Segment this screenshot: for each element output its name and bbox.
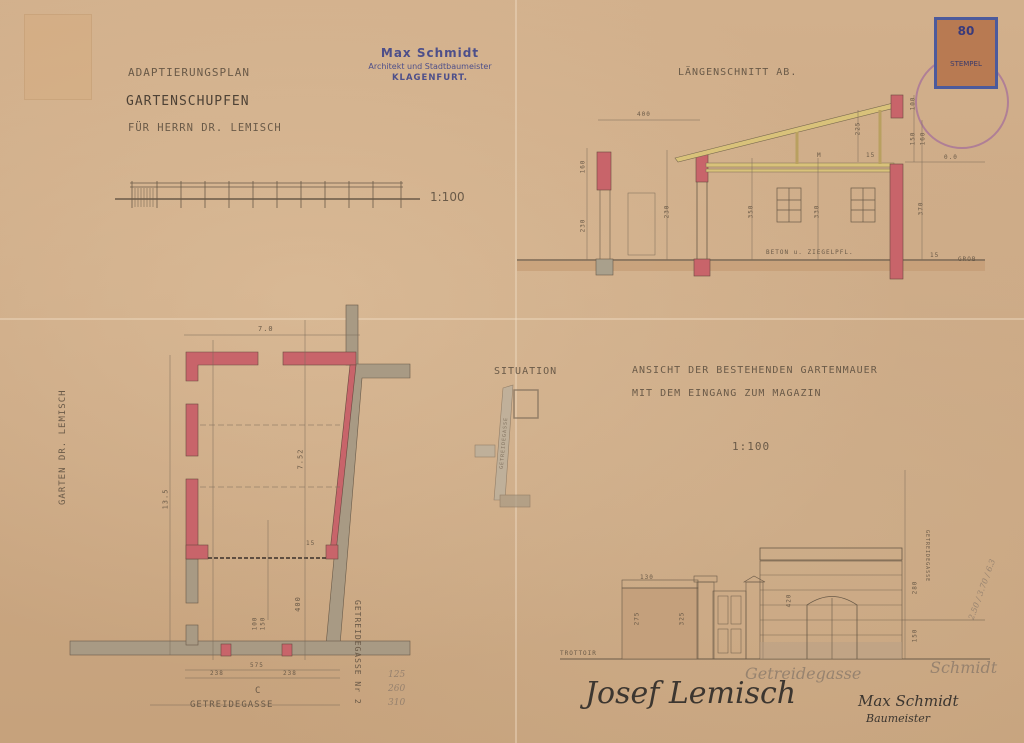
plan-top-dim: 7.0 <box>258 325 274 333</box>
plan-pencil-note-2: 260 <box>388 684 405 694</box>
pencil-street-annotation: Getreidegasse <box>745 664 861 683</box>
plan-right-label: GETREIDEGASSE Nr 2 <box>353 600 362 705</box>
plan-bottom-left: 238 <box>210 670 224 677</box>
plan-door-width2: 150 <box>259 617 266 631</box>
elevation-title-line-2: MIT DEM EINGANG ZUM MAGAZIN <box>632 388 822 399</box>
section-dim-width: 400 <box>637 111 651 118</box>
section-dim-left-lower: 230 <box>579 219 586 233</box>
plan-depth-lower: 400 <box>294 596 302 612</box>
plan-axis-mark: C <box>255 686 261 696</box>
pencil-name-annotation: Schmidt <box>930 658 997 677</box>
elevation-title-line-1: ANSICHT DER BESTEHENDEN GARTENMAUER <box>632 365 878 376</box>
elevation-dim-wall-h2: 325 <box>678 612 685 626</box>
section-rafter-m: M <box>817 152 822 159</box>
elevation-dim-right-upper: 280 <box>911 581 918 595</box>
plan-bottom-street-label: GETREIDEGASSE <box>190 700 273 710</box>
architect-signature-title: Baumeister <box>866 712 930 725</box>
section-rafter-15: 15 <box>866 152 875 159</box>
section-dim-door: 230 <box>663 205 670 219</box>
elevation-dim-top-gap: 130 <box>640 574 654 581</box>
elevation-dim-building: 420 <box>785 594 792 608</box>
section-dim-interior1: 350 <box>747 205 754 219</box>
plan-small-dim: 15 <box>306 540 315 547</box>
section-dim-left-upper: 160 <box>579 160 586 174</box>
section-dim-roof-rise: 225 <box>854 122 861 136</box>
section-ground-label: GROB <box>958 256 976 263</box>
section-dim-right-wall: 370 <box>917 202 924 216</box>
elevation-street-label: GETREIDEGASSE <box>924 530 930 582</box>
section-floor-label: BETON u. ZIEGELPFL. <box>766 249 854 256</box>
section-grade: 0.0 <box>944 154 958 161</box>
section-dim-right-mid: 150 <box>909 132 916 146</box>
architect-signature: Max Schmidt <box>858 692 959 710</box>
scale-label: 1:100 <box>430 190 465 204</box>
plan-bottom-total: 575 <box>250 662 264 669</box>
plan-left-label: GARTEN DR. LEMISCH <box>58 389 68 505</box>
elevation-scale: 1:100 <box>732 440 770 453</box>
longitudinal-section <box>517 95 985 279</box>
plan-bottom-right: 238 <box>283 670 297 677</box>
section-dim-right-mid2: 160 <box>919 132 926 146</box>
situation-title: SITUATION <box>494 366 557 377</box>
section-ground-dim: 15 <box>930 252 939 259</box>
section-title: LÄNGENSCHNITT AB. <box>678 67 797 78</box>
elevation-dim-wall-h1: 275 <box>633 612 640 626</box>
plan-vertical-total: 13.5 <box>161 489 169 510</box>
section-dim-interior2: 330 <box>813 205 820 219</box>
plan-depth-label: 7.52 <box>296 449 304 470</box>
plan-sheet: ADAPTIERUNGSPLAN GARTENSCHUPFEN FÜR HERR… <box>0 0 1024 743</box>
plan-door-width: 100 <box>251 617 258 631</box>
plan-pencil-note-1: 125 <box>388 670 405 680</box>
elevation-dim-right-lower: 150 <box>911 629 918 643</box>
elevation-sidewalk-label: TROTTOIR <box>560 650 597 657</box>
section-dim-right-top: 100 <box>909 97 916 111</box>
scale-bar <box>115 181 420 208</box>
plan-pencil-note-3: 310 <box>388 698 405 708</box>
